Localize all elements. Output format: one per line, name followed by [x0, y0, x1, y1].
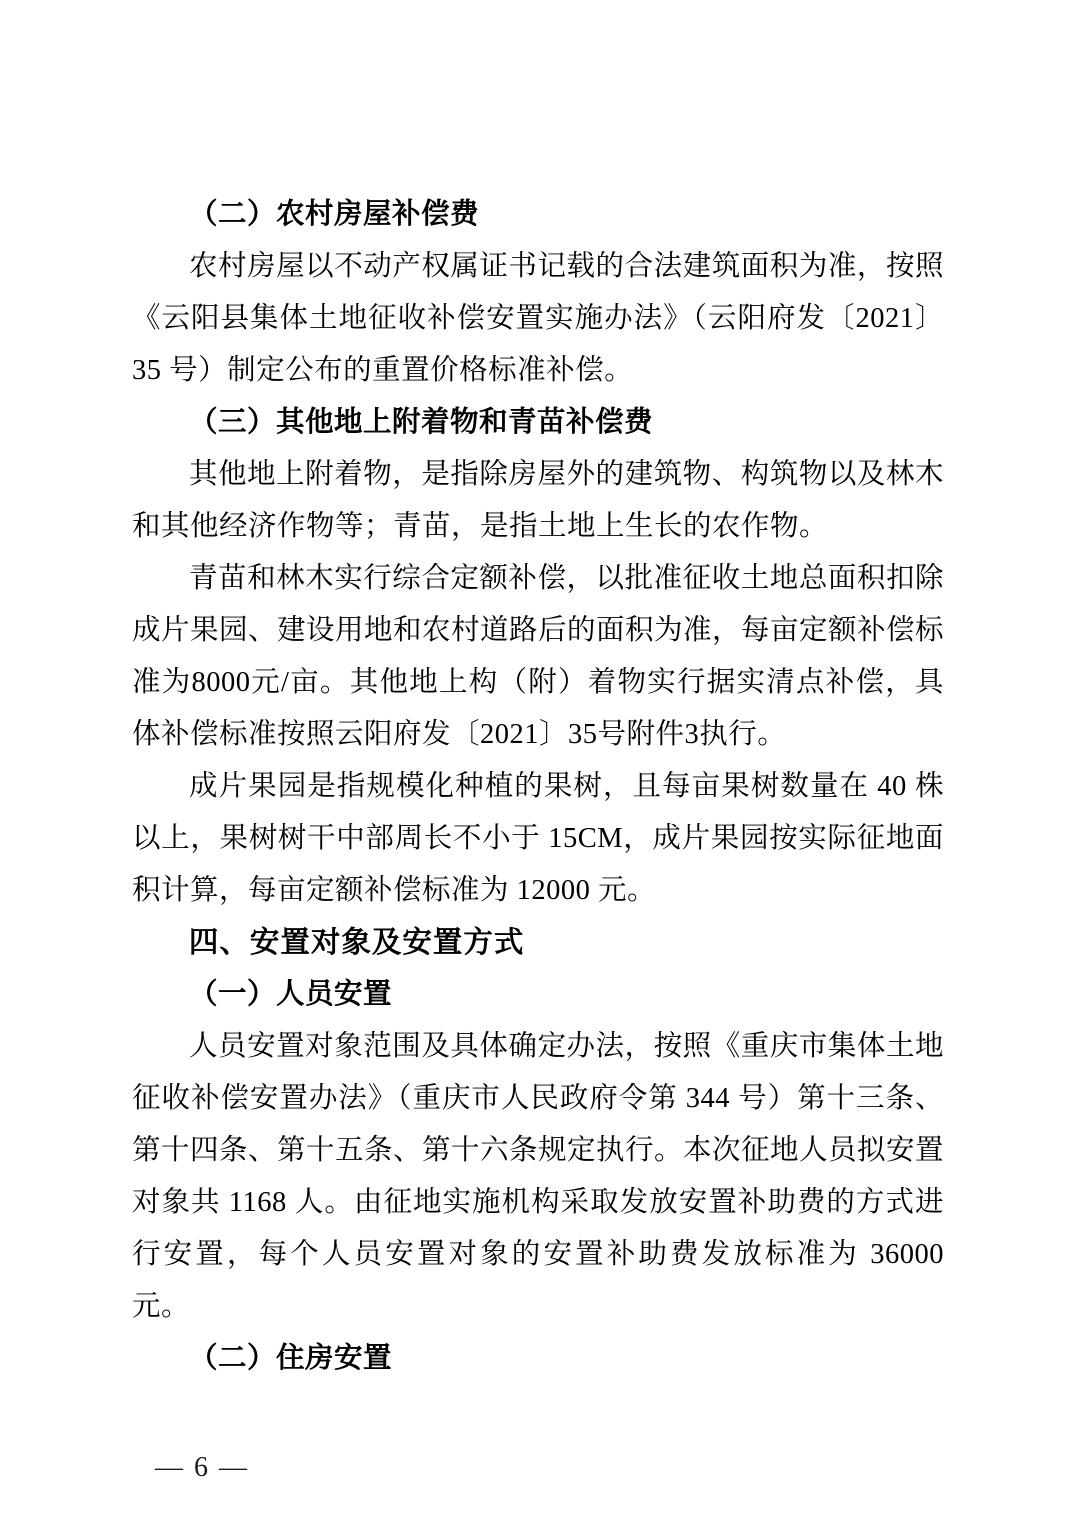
body-paragraph-orchard-definition: 成片果园是指规模化种植的果树，且每亩果树数量在 40 株以上，果树树干中部周长不…	[132, 761, 944, 917]
page-number: — 6 —	[155, 1442, 249, 1494]
section-subheading-rural-housing-compensation: （二）农村房屋补偿费	[132, 189, 944, 241]
body-paragraph-housing-compensation-basis: 农村房屋以不动产权属证书记载的合法建筑面积为准，按照《云阳县集体土地征收补偿安置…	[132, 241, 944, 397]
body-paragraph-seedlings-standard: 青苗和林木实行综合定额补偿，以批准征收土地总面积扣除成片果园、建设用地和农村道路…	[132, 553, 944, 761]
section-subheading-personnel-resettlement: （一）人员安置	[132, 969, 944, 1021]
body-paragraph-attachments-definition: 其他地上附着物，是指除房屋外的建筑物、构筑物以及林木和其他经济作物等；青苗，是指…	[132, 449, 944, 553]
body-paragraph-personnel-resettlement-details: 人员安置对象范围及具体确定办法，按照《重庆市集体土地征收补偿安置办法》（重庆市人…	[132, 1021, 944, 1333]
section-subheading-housing-resettlement: （二）住房安置	[132, 1333, 944, 1385]
document-page: （二）农村房屋补偿费 农村房屋以不动产权属证书记载的合法建筑面积为准，按照《云阳…	[0, 0, 1074, 1520]
document-body: （二）农村房屋补偿费 农村房屋以不动产权属证书记载的合法建筑面积为准，按照《云阳…	[132, 189, 944, 1385]
section-subheading-attachments-seedlings-compensation: （三）其他地上附着物和青苗补偿费	[132, 397, 944, 449]
section-heading-resettlement: 四、安置对象及安置方式	[132, 917, 944, 969]
